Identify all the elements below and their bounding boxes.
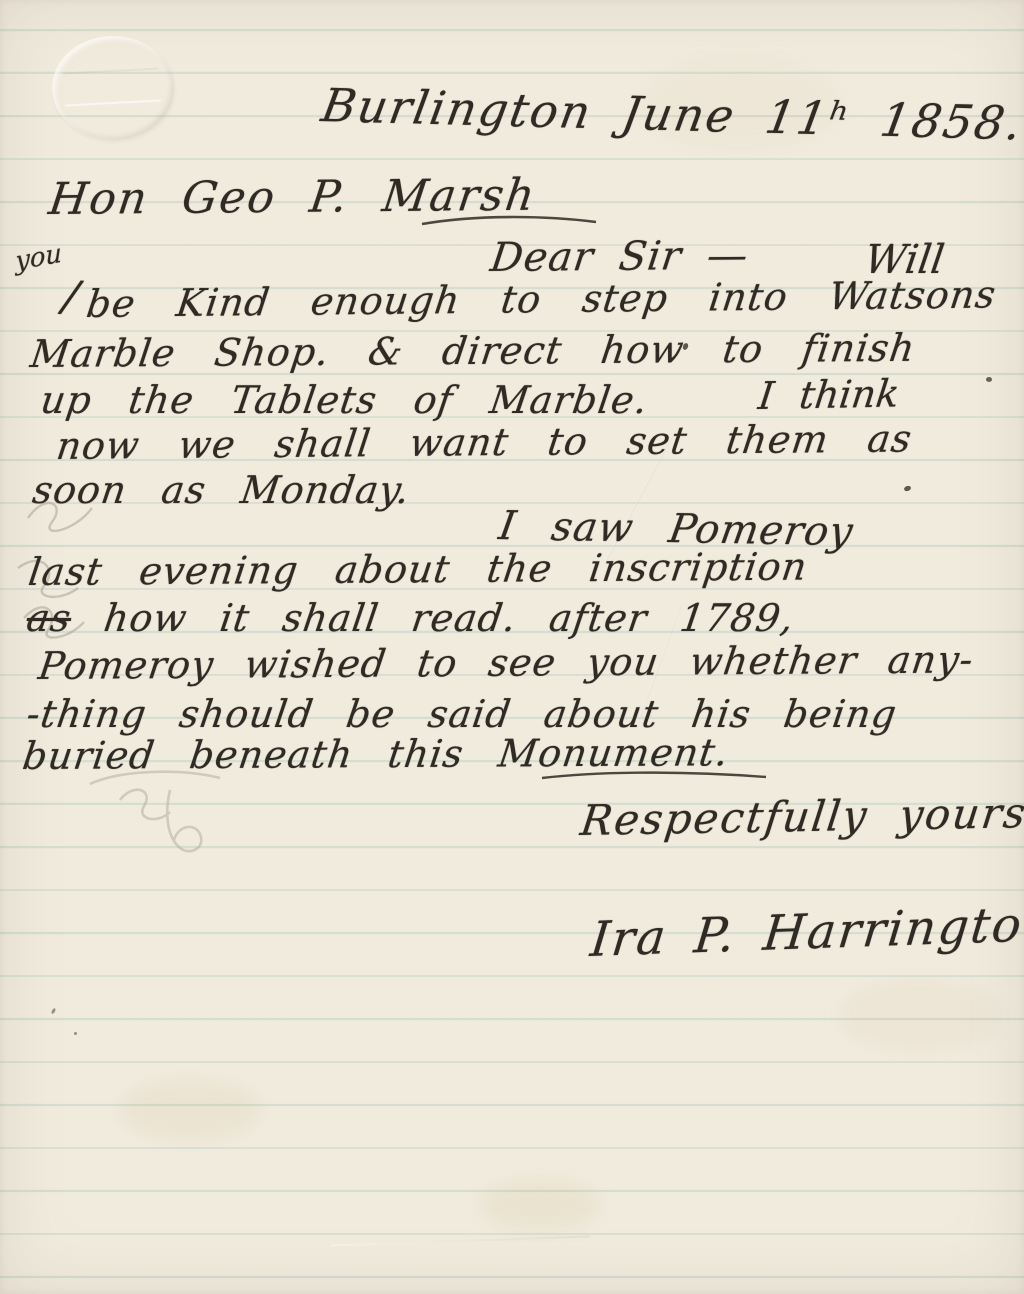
pen-flourish [420,212,600,232]
paper-stain [840,980,1000,1050]
ink-speck [903,485,911,492]
inserted-word-you: you [15,240,62,277]
body-line-2: Marble Shop. & direct how to finish [28,328,918,376]
ink-speck [74,1032,77,1035]
salutation: Dear Sir — [488,234,751,280]
body-line-3b: I think [756,373,902,417]
closing-line: Respectfully yours [578,790,1024,844]
body-line-1: be Kind enough to step into Watsons [84,274,999,325]
date-line: Burlington June 11ʰ 1858. [318,80,1024,149]
body-line-8: as how it shall read. after 1789, [24,598,797,640]
embossed-seal [52,36,174,140]
paper-crease [330,1235,590,1246]
ink-speck [986,377,992,382]
body-line-3a: up the Tablets of Marble. [38,380,651,422]
paper-stain [480,1180,600,1230]
body-line-7: last evening about the inscription [26,547,810,594]
struck-word-as: as [24,596,74,640]
body-line-9: Pomeroy wished to see you whether any- [36,639,976,687]
embossed-seal-ridge [63,68,161,107]
paper-stain [120,1080,260,1140]
letter-page: Burlington June 11ʰ 1858. Hon Geo P. Mar… [0,0,1024,1294]
body-line-10: -thing should be said about his being [24,694,900,736]
body-line-8-text: how it shall read. after 1789, [101,596,797,640]
body-line-4: now we shall want to set them as [54,418,915,467]
insert-caret: / [60,272,81,322]
signature: Ira P. Harrington [588,898,1024,967]
pen-flourish [540,768,770,786]
body-line-5: soon as Monday. [30,470,413,512]
ink-speck [51,1008,57,1015]
